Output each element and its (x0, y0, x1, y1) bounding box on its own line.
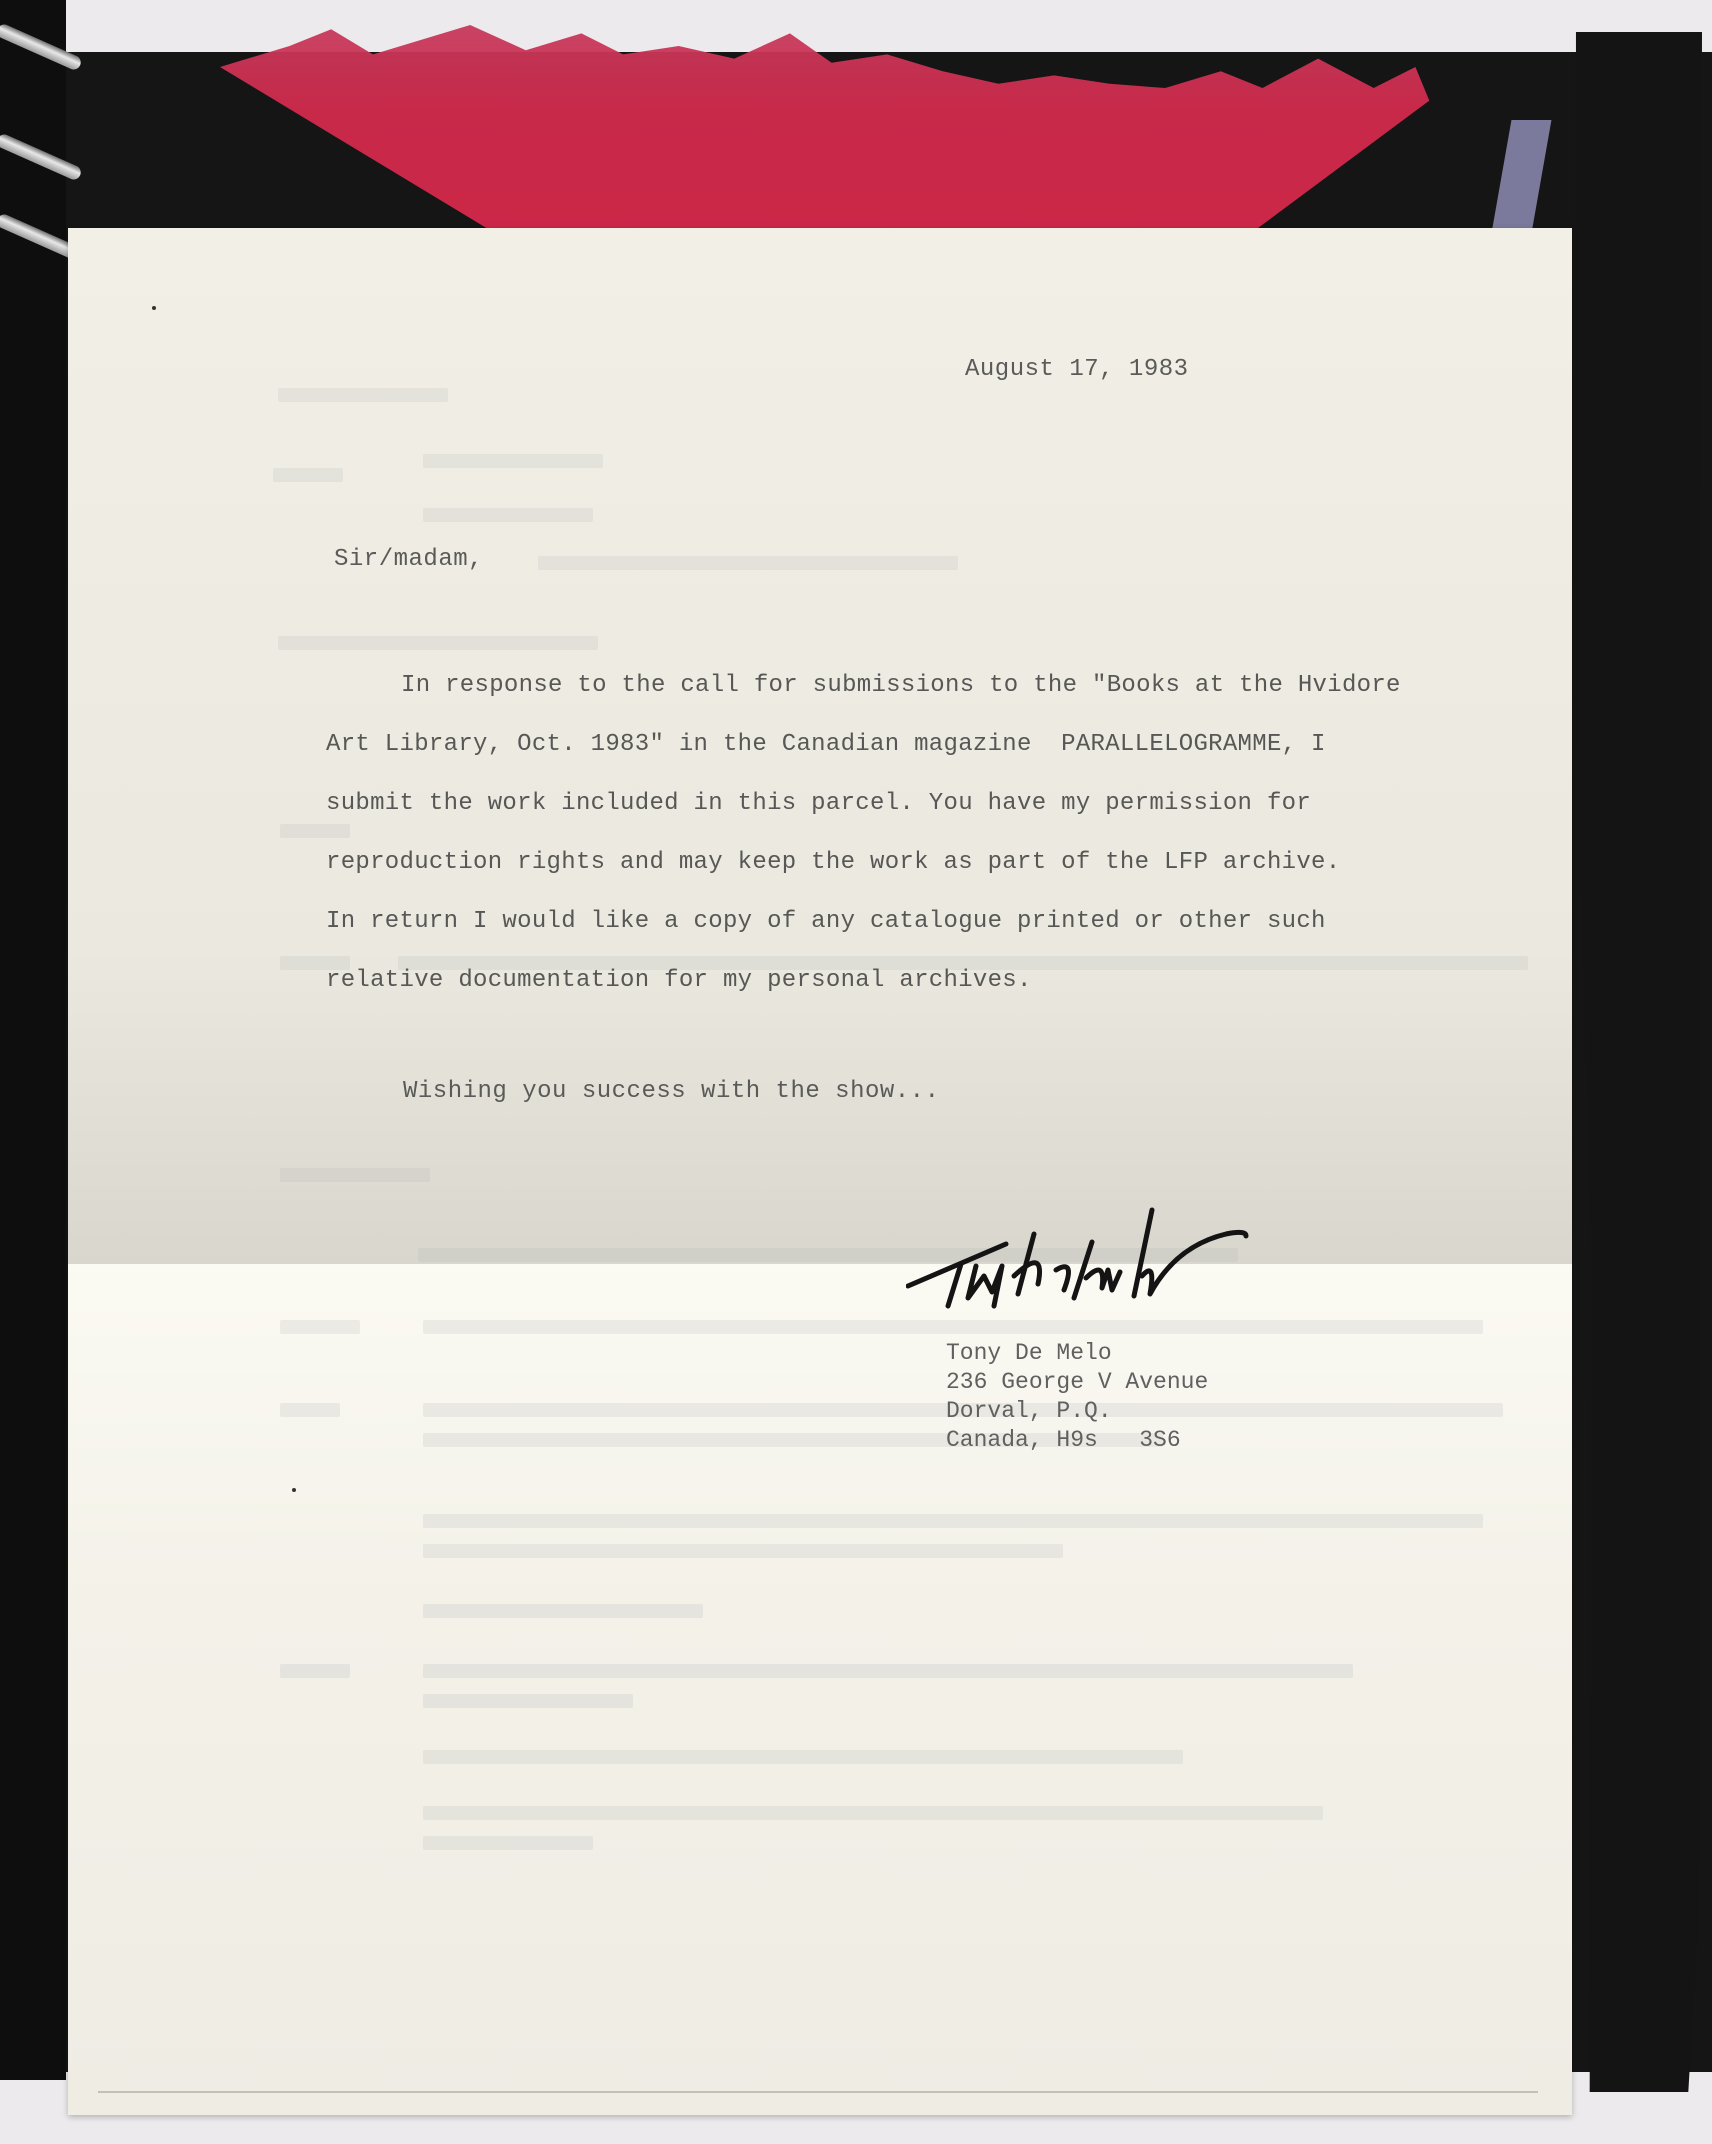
body-line: submit the work included in this parcel.… (326, 774, 1526, 833)
body-line: In return I would like a copy of any cat… (326, 892, 1526, 951)
sender-address: Tony De Melo 236 George V Avenue Dorval,… (946, 1339, 1208, 1455)
binder-spine (0, 0, 66, 2080)
sender-street: 236 George V Avenue (946, 1368, 1208, 1397)
spiral-ring-icon (0, 22, 83, 71)
fold-crease (68, 1262, 1572, 1264)
letter-salutation: Sir/madam, (334, 546, 483, 573)
body-line: Art Library, Oct. 1983" in the Canadian … (326, 715, 1526, 774)
signature-icon (906, 1206, 1326, 1316)
body-line: relative documentation for my personal a… (326, 951, 1526, 1010)
sender-city: Dorval, P.Q. (946, 1397, 1208, 1426)
paper-speck (152, 306, 156, 310)
letter-date: August 17, 1983 (965, 356, 1189, 383)
letter-body: In response to the call for submissions … (326, 656, 1526, 1010)
letter-lower-fold (68, 1262, 1572, 2115)
body-line: In response to the call for submissions … (326, 656, 1526, 715)
letter-closing: Wishing you success with the show... (403, 1078, 939, 1105)
sender-name: Tony De Melo (946, 1339, 1208, 1368)
letter-page: August 17, 1983 Sir/madam, In response t… (68, 228, 1572, 2115)
paper-edge (98, 2091, 1538, 2093)
body-line: reproduction rights and may keep the wor… (326, 833, 1526, 892)
paper-speck (292, 1488, 296, 1492)
sender-country-postal: Canada, H9s 3S6 (946, 1426, 1208, 1455)
